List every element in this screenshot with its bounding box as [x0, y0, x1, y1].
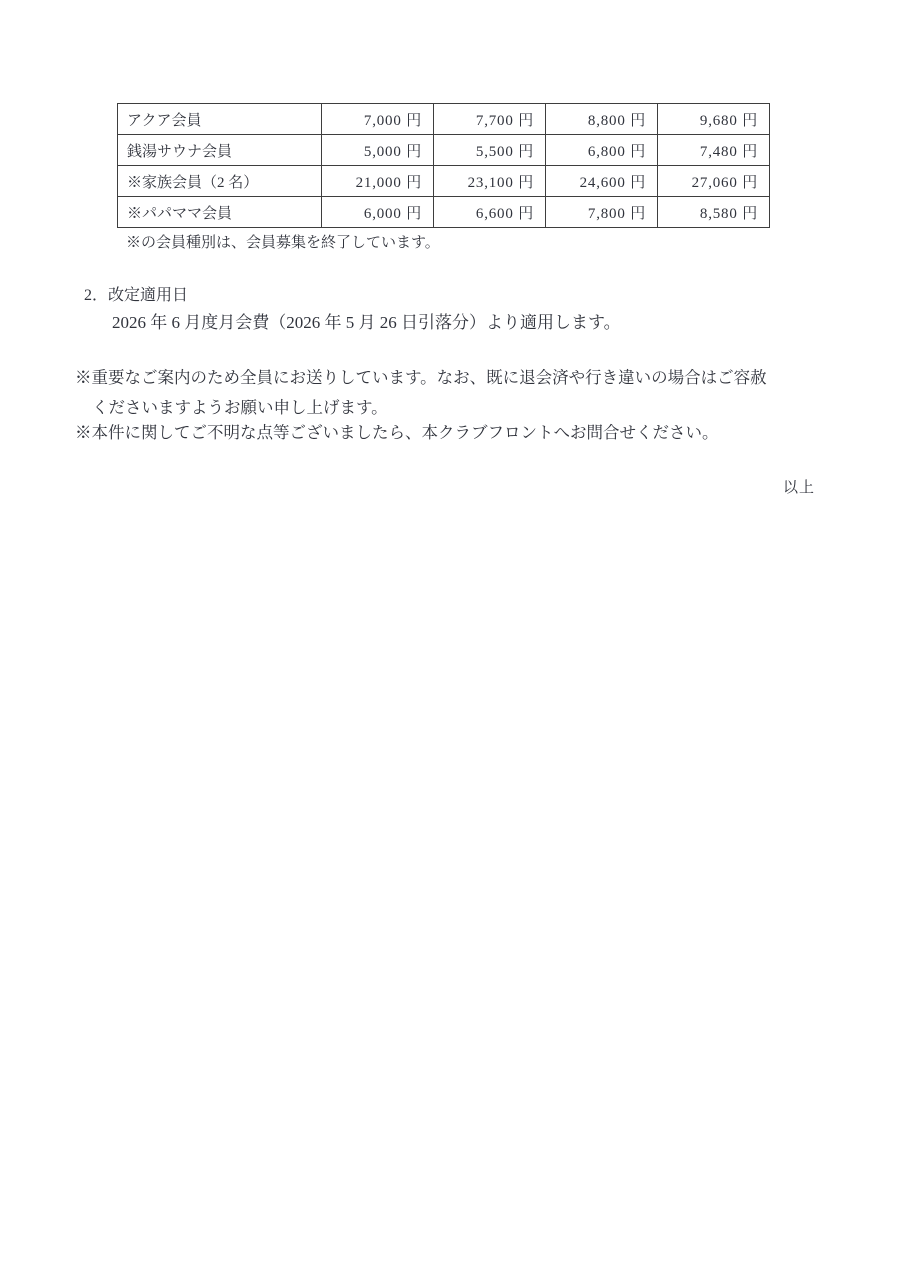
remark-line-1: ※重要なご案内のため全員にお送りしています。なお、既に退会済や行き違いの場合はご…	[75, 364, 767, 388]
fee-cell: 27,060 円	[658, 166, 770, 197]
document-page: アクア会員 7,000 円 7,700 円 8,800 円 9,680 円 銭湯…	[0, 0, 898, 1281]
fee-cell: 7,700 円	[434, 104, 546, 135]
fee-cell: 9,680 円	[658, 104, 770, 135]
table-row: アクア会員 7,000 円 7,700 円 8,800 円 9,680 円	[118, 104, 770, 135]
member-type-cell: アクア会員	[118, 104, 322, 135]
closing-ijou: 以上	[783, 476, 815, 497]
remark-line-2: くださいますようお願い申し上げます。	[92, 394, 388, 418]
member-type-cell: 銭湯サウナ会員	[118, 135, 322, 166]
fee-cell: 21,000 円	[322, 166, 434, 197]
member-type-cell: ※パパママ会員	[118, 197, 322, 228]
fee-cell: 7,000 円	[322, 104, 434, 135]
fee-cell: 6,600 円	[434, 197, 546, 228]
remark-line-3: ※本件に関してご不明な点等ございましたら、本クラブフロントへお問合せください。	[75, 419, 719, 443]
fee-cell: 8,580 円	[658, 197, 770, 228]
section2-body: 2026 年 6 月度月会費（2026 年 5 月 26 日引落分）より適用しま…	[112, 308, 621, 333]
membership-fee-table: アクア会員 7,000 円 7,700 円 8,800 円 9,680 円 銭湯…	[117, 103, 770, 228]
fee-cell: 7,800 円	[546, 197, 658, 228]
fee-cell: 7,480 円	[658, 135, 770, 166]
fee-cell: 5,500 円	[434, 135, 546, 166]
fee-cell: 24,600 円	[546, 166, 658, 197]
fee-cell: 8,800 円	[546, 104, 658, 135]
table-footnote: ※の会員種別は、会員募集を終了しています。	[126, 231, 440, 252]
table-row: ※パパママ会員 6,000 円 6,600 円 7,800 円 8,580 円	[118, 197, 770, 228]
fee-cell: 6,800 円	[546, 135, 658, 166]
member-type-cell: ※家族会員（2 名）	[118, 166, 322, 197]
table-row: 銭湯サウナ会員 5,000 円 5,500 円 6,800 円 7,480 円	[118, 135, 770, 166]
fee-cell: 6,000 円	[322, 197, 434, 228]
table-row: ※家族会員（2 名） 21,000 円 23,100 円 24,600 円 27…	[118, 166, 770, 197]
section2-heading: 2．改定適用日	[84, 282, 188, 305]
fee-cell: 23,100 円	[434, 166, 546, 197]
fee-cell: 5,000 円	[322, 135, 434, 166]
